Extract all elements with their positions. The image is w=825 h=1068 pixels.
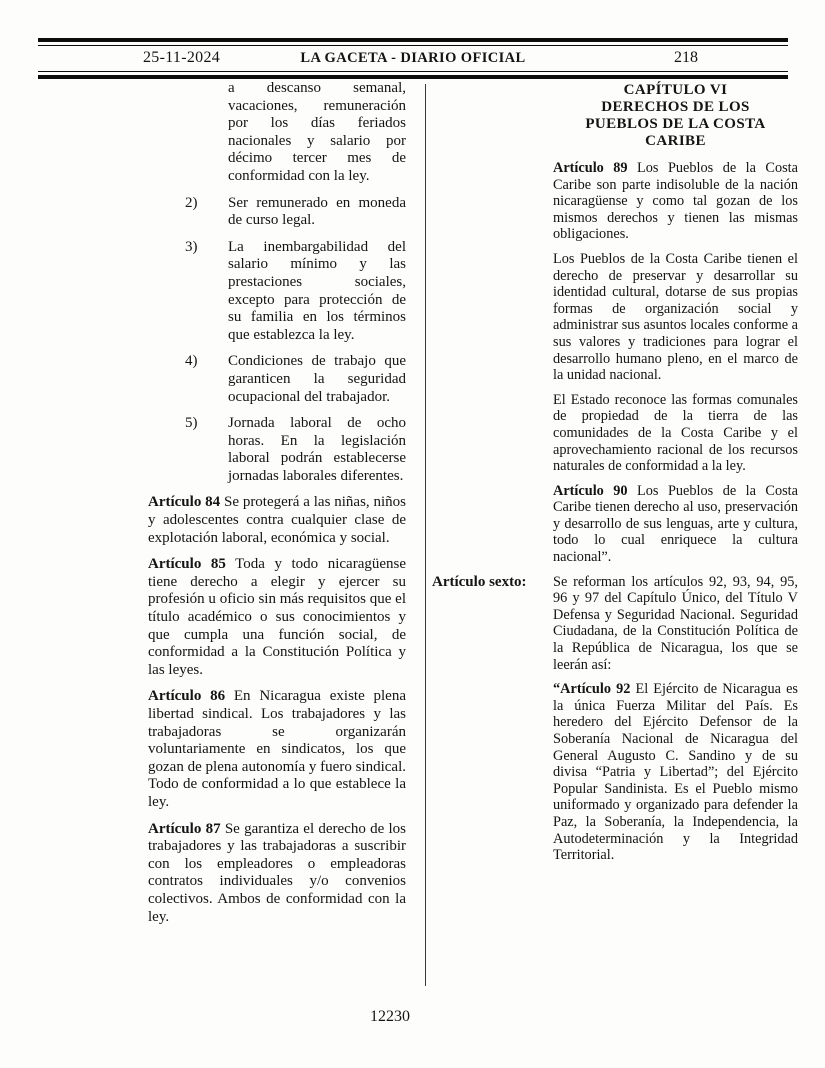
articulo-sexto-label: Artículo sexto: [432, 574, 527, 591]
article-86: Artículo 86 En Nicaragua existe plena li… [148, 688, 406, 811]
article-84: Artículo 84 Se protegerá a las niñas, ni… [148, 494, 406, 547]
gazette-page: 25-11-2024 LA GACETA - DIARIO OFICIAL 21… [0, 0, 825, 1068]
header-bottom-double-rule [38, 71, 788, 79]
list-item: 2) Ser remunerado en moneda de curso leg… [148, 195, 406, 230]
list-item-number: 3) [185, 239, 198, 257]
list-item-number: 2) [185, 195, 198, 213]
article-text: El Ejército de Nicaragua es la única Fue… [553, 681, 798, 863]
list-item-text: Jornada laboral de ocho horas. En la leg… [228, 415, 406, 485]
header-page-number: 218 [538, 49, 788, 67]
article-label: “Artículo 92 [553, 681, 630, 697]
list-item: 4) Condiciones de trabajo que garanticen… [148, 353, 406, 406]
article-label: Artículo 84 [148, 494, 220, 510]
article-text: En Nicaragua existe plena libertad sindi… [148, 688, 406, 810]
article-label: Artículo 89 [553, 160, 628, 176]
header-date: 25-11-2024 [38, 49, 288, 67]
header-row: 25-11-2024 LA GACETA - DIARIO OFICIAL 21… [38, 46, 788, 71]
chapter-heading: CAPÍTULO VI DERECHOS DE LOS PUEBLOS DE L… [553, 82, 798, 150]
articulo-sexto-row: Artículo sexto: Se reforman los artículo… [553, 574, 798, 674]
article-85: Artículo 85 Toda y todo nicaragüense tie… [148, 556, 406, 679]
left-column: a descanso semanal, vacaciones, remunera… [148, 80, 406, 935]
right-column: CAPÍTULO VI DERECHOS DE LOS PUEBLOS DE L… [432, 80, 798, 872]
gazette-title: LA GACETA - DIARIO OFICIAL [288, 50, 538, 67]
list-item: 3) La inembargabilidad del salario mínim… [148, 239, 406, 345]
list-item-text: La inembargabilidad del salario mínimo y… [228, 239, 406, 345]
articulo-sexto-text: Se reforman los artículos 92, 93, 94, 95… [553, 574, 798, 674]
article-89-paragraph-2: Los Pueblos de la Costa Caribe tienen el… [553, 251, 798, 384]
header-top-double-rule [38, 38, 788, 46]
article-label: Artículo 90 [553, 483, 628, 499]
article-89: Artículo 89 Los Pueblos de la Costa Cari… [553, 160, 798, 243]
column-divider [425, 84, 426, 986]
list-item: 5) Jornada laboral de ocho horas. En la … [148, 415, 406, 485]
article-label: Artículo 87 [148, 821, 221, 837]
article-92-quoted: “Artículo 92 El Ejército de Nicaragua es… [553, 681, 798, 864]
list-item-text: Condiciones de trabajo que garanticen la… [228, 353, 406, 406]
chapter-heading-line: CARIBE [553, 133, 798, 150]
chapter-heading-line: PUEBLOS DE LA COSTA [553, 116, 798, 133]
list-item-number: 5) [185, 415, 198, 433]
list-item-1-continuation: a descanso semanal, vacaciones, remunera… [148, 80, 406, 186]
page-header: 25-11-2024 LA GACETA - DIARIO OFICIAL 21… [38, 38, 788, 79]
article-90: Artículo 90 Los Pueblos de la Costa Cari… [553, 483, 798, 566]
article-text: Toda y todo nicaragüense tiene derecho a… [148, 556, 406, 678]
chapter-heading-line: DERECHOS DE LOS [553, 99, 798, 116]
footer-sequence-number: 12230 [370, 1008, 410, 1025]
chapter-heading-line: CAPÍTULO VI [553, 82, 798, 99]
article-text: El Estado reconoce las formas comunales … [553, 392, 798, 474]
article-87: Artículo 87 Se garantiza el derecho de l… [148, 821, 406, 927]
list-item-number: 4) [185, 353, 198, 371]
article-label: Artículo 85 [148, 556, 226, 572]
article-text: Los Pueblos de la Costa Caribe tienen el… [553, 251, 798, 383]
article-89-paragraph-3: El Estado reconoce las formas comunales … [553, 392, 798, 475]
page-footer: 12230 [0, 1008, 780, 1026]
list-item-text: Ser remunerado en moneda de curso legal. [228, 195, 406, 230]
right-column-content: CAPÍTULO VI DERECHOS DE LOS PUEBLOS DE L… [553, 82, 798, 864]
article-label: Artículo 86 [148, 688, 225, 704]
